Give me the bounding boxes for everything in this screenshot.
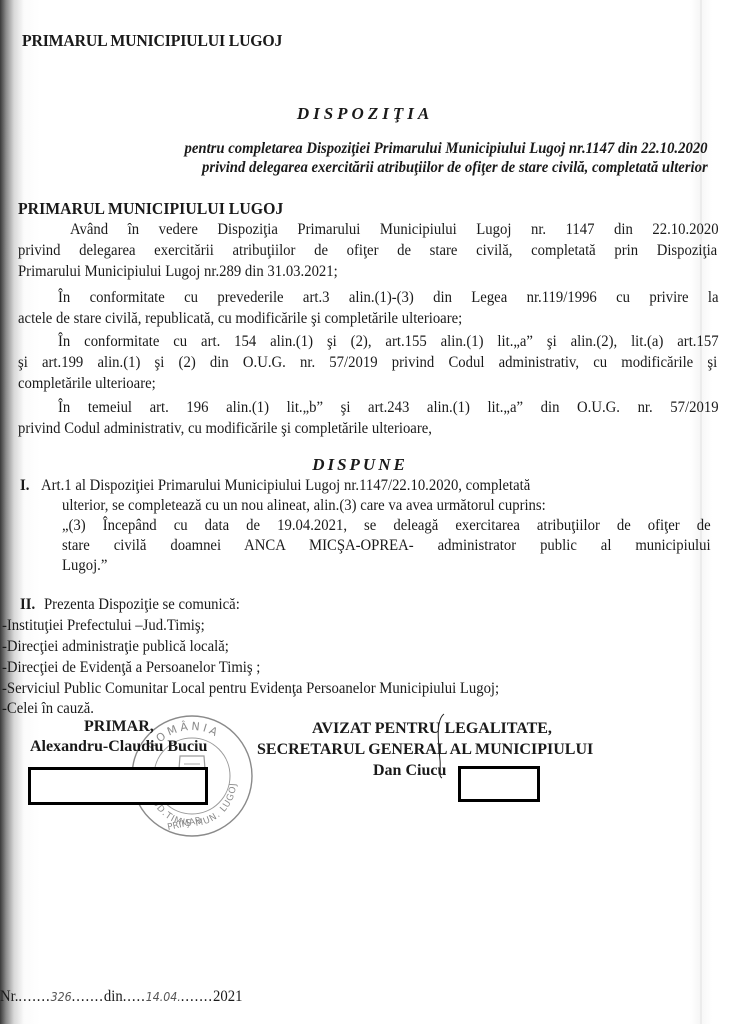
preamble-line: În conformitate cu art. 154 alin.(1) şi … (58, 333, 719, 351)
recipient-item: -Direcţiei administraţie publică locală; (2, 638, 229, 656)
article-1-line: Lugoj.” (62, 557, 107, 575)
article-1-line: stare civilă doamnei ANCA MICŞA-OPREA- a… (62, 537, 711, 555)
redacted-signature-mayor (28, 767, 208, 805)
preamble-line: şi art.199 alin.(1) şi (2) din O.U.G. nr… (18, 354, 717, 372)
handwritten-date: 14.04. (146, 990, 181, 1004)
handwritten-mark (430, 710, 450, 780)
preamble-line: Primarului Municipiului Lugoj nr.289 din… (18, 263, 338, 281)
article-2-intro: Prezenta Dispoziţie se comunică: (44, 596, 240, 614)
preamble-line: privind Codul administrativ, cu modifică… (18, 420, 432, 438)
preamble-line: În temeiul art. 196 alin.(1) lit.„b” şi … (58, 399, 719, 417)
issuer-heading: PRIMARUL MUNICIPIULUI LUGOJ (18, 199, 283, 219)
article-1-line: „(3) Începând cu data de 19.04.2021, se … (62, 517, 711, 535)
preamble-line: Având în vedere Dispoziţia Primarului Mu… (70, 221, 719, 239)
article-1-numeral: I. (20, 477, 29, 495)
article-1-line: ulterior, se completează cu un nou aline… (62, 497, 546, 515)
article-1-line: Art.1 al Dispoziţiei Primarului Municipi… (41, 477, 530, 495)
subtitle-line-1: pentru completarea Dispoziţiei Primarulu… (185, 140, 708, 158)
secretary-title: SECRETARUL GENERAL AL MUNICIPIULUI (257, 741, 593, 759)
redacted-signature-secretary (458, 766, 540, 802)
preamble-line: privind delegarea exercitării atribuţiil… (18, 242, 717, 260)
preamble-line: actele de stare civilă, republicată, cu … (18, 310, 462, 328)
subtitle-line-2: privind delegarea exercitării atribuţiil… (202, 159, 708, 177)
handwritten-number: 326 (51, 990, 72, 1004)
article-2-numeral: II. (20, 596, 35, 614)
mayor-name: Alexandru-Claudiu Buciu (30, 738, 207, 756)
document-title: DISPOZIŢIA (0, 104, 730, 124)
header-top: PRIMARUL MUNICIPIULUI LUGOJ (22, 31, 282, 51)
dispune-heading: DISPUNE (0, 455, 720, 475)
recipient-item: -Serviciul Public Comunitar Local pentru… (2, 680, 499, 698)
recipient-item: -Celei în cauză. (2, 700, 94, 718)
footer-number-line: Nr........326.......din.....14.04.......… (0, 988, 242, 1006)
preamble-line: În conformitate cu prevederile art.3 ali… (58, 289, 719, 307)
preamble-line: completările ulterioare; (18, 375, 156, 393)
recipient-item: -Direcţiei de Evidenţă a Persoanelor Tim… (2, 659, 260, 677)
recipient-item: -Instituţiei Prefectului –Jud.Timiş; (2, 617, 205, 635)
mayor-role: PRIMAR, (84, 718, 154, 736)
